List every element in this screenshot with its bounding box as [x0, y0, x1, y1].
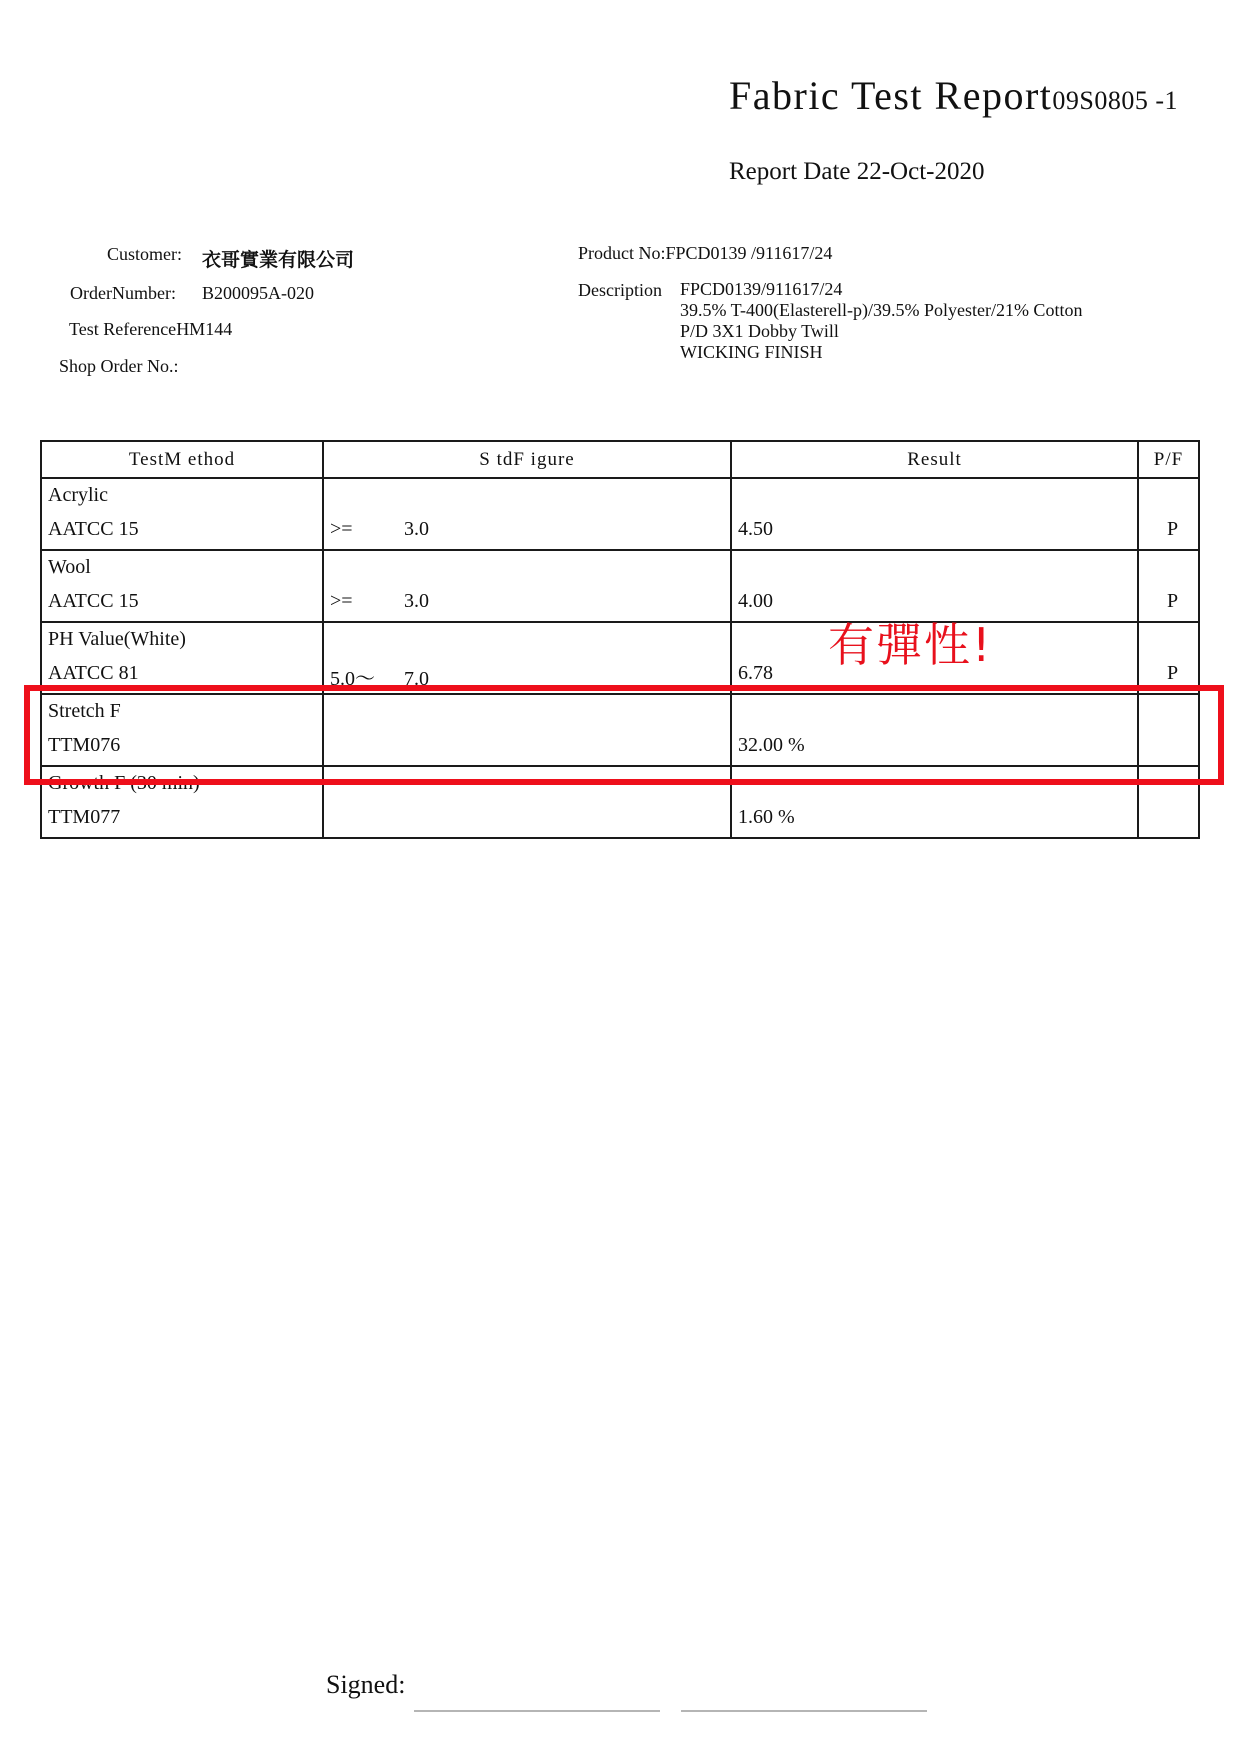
report-date-label: Report Date: [729, 158, 850, 185]
test-method-cell: Acrylic AATCC 15: [41, 478, 323, 550]
order-number-label: OrderNumber:: [70, 284, 176, 302]
std-value: 7.0: [404, 668, 429, 690]
column-header-test-method: TestM ethod: [41, 441, 323, 478]
pass-fail-value: P: [1139, 662, 1198, 685]
report-date: Report Date 22-Oct-2020: [729, 159, 984, 184]
test-name: Growth F (30 min): [48, 772, 200, 795]
result-value: 4.00: [738, 590, 773, 613]
result-value: 4.50: [738, 518, 773, 541]
test-name: Stretch F: [48, 700, 121, 723]
description-line: FPCD0139/911617/24: [680, 280, 842, 298]
test-name: Wool: [48, 556, 91, 579]
test-results-table: TestM ethod S tdF igure Result P/F Acryl…: [40, 440, 1200, 839]
description-label: Description: [578, 281, 662, 299]
pass-fail-cell: [1138, 694, 1199, 766]
std-figure-cell: >=3.0: [323, 550, 731, 622]
signature-line-2: [681, 1710, 927, 1712]
product-no-value: FPCD0139 /911617/24: [666, 243, 833, 263]
test-method-code: AATCC 15: [48, 518, 139, 541]
customer-value: 衣哥實業有限公司: [202, 245, 354, 272]
annotation-text: 有彈性!: [828, 622, 992, 668]
report-title-text: Fabric Test Report: [729, 73, 1052, 118]
report-title: Fabric Test Report09S0805 -1: [729, 76, 1178, 116]
table-row: Wool AATCC 15 >=3.0 4.00 P: [41, 550, 1199, 622]
table-row: PH Value(White) AATCC 81 5.0～7.0 6.78 P: [41, 622, 1199, 694]
shop-order-label: Shop Order No.:: [59, 357, 179, 375]
test-reference-label: Test Reference: [69, 319, 176, 339]
result-cell: 4.50: [731, 478, 1138, 550]
order-number-value: B200095A-020: [202, 284, 314, 302]
description-line: 39.5% T-400(Elasterell-p)/39.5% Polyeste…: [680, 301, 1082, 319]
test-method-code: TTM076: [48, 734, 120, 757]
pass-fail-value: P: [1139, 590, 1198, 613]
test-method-cell: Stretch F TTM076: [41, 694, 323, 766]
pass-fail-cell: P: [1138, 478, 1199, 550]
result-cell: 4.00: [731, 550, 1138, 622]
report-date-value: 22-Oct-2020: [857, 158, 985, 185]
pass-fail-value: P: [1139, 518, 1198, 541]
result-value: 1.60 %: [738, 806, 795, 829]
table-header-row: TestM ethod S tdF igure Result P/F: [41, 441, 1199, 478]
table-row: Growth F (30 min) TTM077 1.60 %: [41, 766, 1199, 838]
table-row: Acrylic AATCC 15 >=3.0 4.50 P: [41, 478, 1199, 550]
test-reference: Test ReferenceHM144: [69, 320, 232, 338]
column-header-std-figure: S tdF igure: [323, 441, 731, 478]
pass-fail-cell: [1138, 766, 1199, 838]
customer-label: Customer:: [107, 245, 182, 263]
std-value: 3.0: [404, 518, 429, 540]
test-reference-value: HM144: [176, 319, 232, 339]
description-line: P/D 3X1 Dobby Twill: [680, 322, 839, 340]
std-value: 3.0: [404, 590, 429, 612]
std-figure-cell: >=3.0: [323, 478, 731, 550]
test-method-cell: Growth F (30 min) TTM077: [41, 766, 323, 838]
pass-fail-cell: P: [1138, 622, 1199, 694]
description-line: WICKING FINISH: [680, 343, 823, 361]
result-cell: 32.00 %: [731, 694, 1138, 766]
test-method-cell: Wool AATCC 15: [41, 550, 323, 622]
std-figure-cell: [323, 766, 731, 838]
std-operator: >=: [330, 518, 404, 541]
table-row: Stretch F TTM076 32.00 %: [41, 694, 1199, 766]
pass-fail-cell: P: [1138, 550, 1199, 622]
column-header-result: Result: [731, 441, 1138, 478]
test-method-code: AATCC 15: [48, 590, 139, 613]
std-figure-cell: [323, 694, 731, 766]
result-value: 6.78: [738, 662, 773, 685]
test-name: Acrylic: [48, 484, 108, 507]
result-cell: 1.60 %: [731, 766, 1138, 838]
test-method-code: AATCC 81: [48, 662, 139, 685]
product-no-label: Product No:: [578, 243, 666, 263]
signature-line-1: [414, 1710, 660, 1712]
product-no: Product No:FPCD0139 /911617/24: [578, 244, 832, 262]
test-method-code: TTM077: [48, 806, 120, 829]
std-figure-cell: 5.0～7.0: [323, 622, 731, 694]
test-method-cell: PH Value(White) AATCC 81: [41, 622, 323, 694]
result-value: 32.00 %: [738, 734, 805, 757]
signed-label: Signed:: [326, 1672, 405, 1698]
column-header-pass-fail: P/F: [1138, 441, 1199, 478]
std-operator: >=: [330, 590, 404, 613]
report-number: 09S0805 -1: [1052, 86, 1178, 115]
std-operator: 5.0～: [330, 662, 404, 691]
test-name: PH Value(White): [48, 628, 186, 651]
